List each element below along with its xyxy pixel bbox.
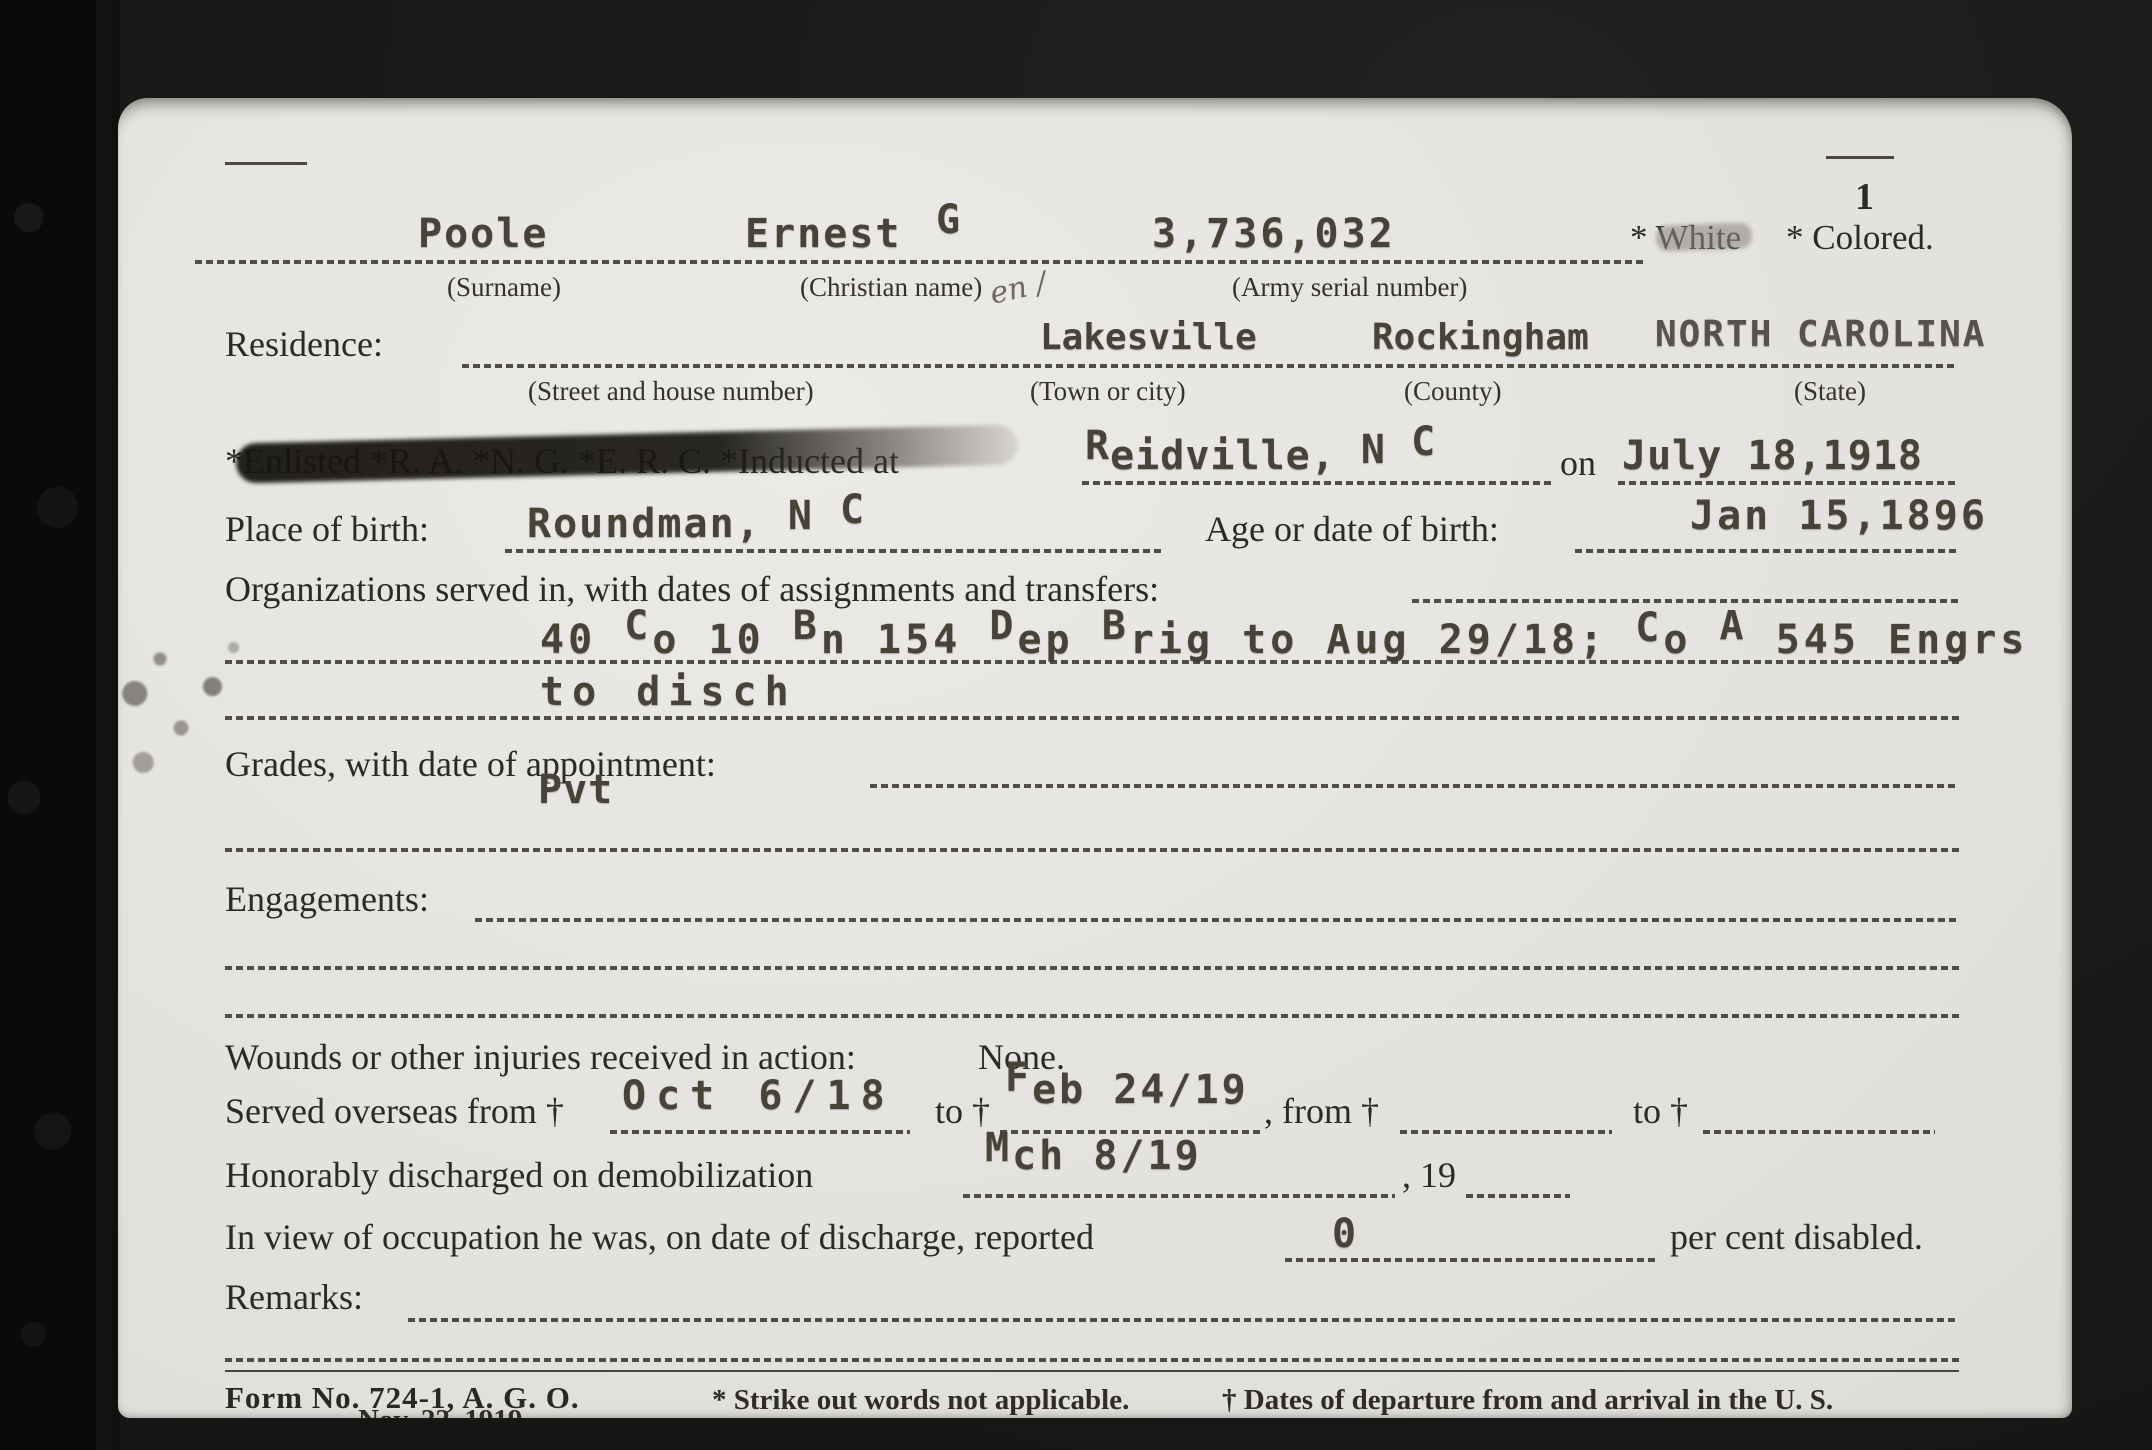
birthplace-value: Roundman, N C xyxy=(527,504,866,544)
residence-county-value: Rockingham xyxy=(1372,320,1589,356)
percent-disabled-label: per cent disabled. xyxy=(1670,1219,1923,1255)
engagements-rule-1 xyxy=(225,966,1959,970)
scan-border-left xyxy=(0,0,96,1450)
disability-rule xyxy=(1285,1258,1657,1262)
wounds-label: Wounds or other injuries received in act… xyxy=(225,1039,856,1075)
organizations-line1: 40 Co 10 Bn 154 Dep Brig to Aug 29/18; C… xyxy=(540,620,2028,660)
discharge-rule-2 xyxy=(1466,1194,1570,1198)
discharge-year-label: , 19 xyxy=(1402,1157,1456,1193)
residence-label: Residence: xyxy=(225,326,383,362)
induction-date-rule xyxy=(1618,481,1958,485)
birthdate-label: Age or date of birth: xyxy=(1205,511,1499,547)
form-date: Nov. 22, 1919 xyxy=(358,1406,522,1418)
ink-smudge xyxy=(118,590,328,820)
name-line-rule xyxy=(195,260,1643,264)
organizations-line2: to disch xyxy=(540,672,797,712)
service-record-card: 1 Poole Ernest G 3,736,032 * White * Col… xyxy=(118,98,2072,1418)
county-label: (County) xyxy=(1404,378,1502,405)
organizations-label: Organizations served in, with dates of a… xyxy=(225,571,1159,607)
handwritten-mark: en / xyxy=(988,268,1050,309)
grades-rule-0 xyxy=(870,784,1958,788)
serial-number-value: 3,736,032 xyxy=(1152,214,1396,254)
strike-note: * Strike out words not applicable. xyxy=(712,1386,1129,1415)
top-right-rule xyxy=(1826,156,1894,159)
birthdate-value: Jan 15,1896 xyxy=(1690,496,1988,536)
street-label: (Street and house number) xyxy=(528,378,814,405)
dagger-note: † Dates of departure from and arrival in… xyxy=(1222,1386,1833,1415)
discharge-rule-1 xyxy=(963,1194,1395,1198)
organizations-rule-0 xyxy=(1412,599,1958,603)
race-colored-label: * Colored. xyxy=(1786,220,1934,255)
birthplace-rule xyxy=(505,549,1163,553)
scan-border-left-edge xyxy=(96,0,120,1450)
discharge-date-value: Mch 8/19 xyxy=(985,1136,1202,1176)
engagements-rule-0 xyxy=(475,918,1959,922)
overseas-rule-4 xyxy=(1703,1130,1935,1134)
induction-on-label: on xyxy=(1560,445,1596,481)
overseas-rule-1 xyxy=(610,1130,910,1134)
induction-date-value: July 18,1918 xyxy=(1622,436,1923,476)
birthdate-rule xyxy=(1575,549,1957,553)
residence-state-value: NORTH CAROLINA xyxy=(1655,317,1986,353)
bottom-dashed-rule xyxy=(225,1358,1959,1362)
residence-rule xyxy=(462,364,1958,368)
organizations-rule-2 xyxy=(225,716,1959,720)
overseas-label: Served overseas from † xyxy=(225,1093,564,1129)
overseas-rule-3 xyxy=(1400,1130,1612,1134)
remarks-label: Remarks: xyxy=(225,1279,363,1315)
engagements-rule-2 xyxy=(225,1014,1959,1018)
overseas-from2-label: , from † xyxy=(1264,1093,1379,1129)
overseas-to-label-1: to † xyxy=(935,1093,990,1129)
serial-number-label: (Army serial number) xyxy=(1232,274,1467,301)
organizations-rule-1 xyxy=(225,660,1959,664)
christian-name-label: (Christian name) xyxy=(800,274,982,301)
top-left-rule xyxy=(225,162,307,165)
grades-rule-1 xyxy=(225,848,1959,852)
bottom-solid-rule xyxy=(225,1370,1959,1372)
race-white-strikethrough xyxy=(1656,222,1753,251)
overseas-to1-value: Feb 24/19 xyxy=(1005,1070,1249,1110)
discharge-label: Honorably discharged on demobilization xyxy=(225,1157,813,1193)
engagements-label: Engagements: xyxy=(225,881,429,917)
disability-label: In view of occupation he was, on date of… xyxy=(225,1219,1094,1255)
state-label: (State) xyxy=(1794,378,1866,405)
christian-initial-value: G xyxy=(936,200,961,240)
surname-value: Poole xyxy=(418,214,548,254)
overseas-from1-value: Oct 6/18 xyxy=(622,1076,895,1116)
grades-value: Pvt xyxy=(538,770,613,810)
christian-name-value: Ernest xyxy=(745,214,902,254)
induction-place-value: Reidville, N C xyxy=(1085,436,1436,476)
town-label: (Town or city) xyxy=(1030,378,1186,405)
page-number: 1 xyxy=(1855,178,1874,216)
disability-value: 0 xyxy=(1332,1214,1357,1254)
overseas-to-label-2: to † xyxy=(1633,1093,1688,1129)
residence-town-value: Lakesville xyxy=(1040,320,1257,356)
birthplace-label: Place of birth: xyxy=(225,511,429,547)
surname-label: (Surname) xyxy=(447,274,561,301)
remarks-rule xyxy=(408,1318,1958,1322)
induction-place-rule xyxy=(1082,481,1552,485)
